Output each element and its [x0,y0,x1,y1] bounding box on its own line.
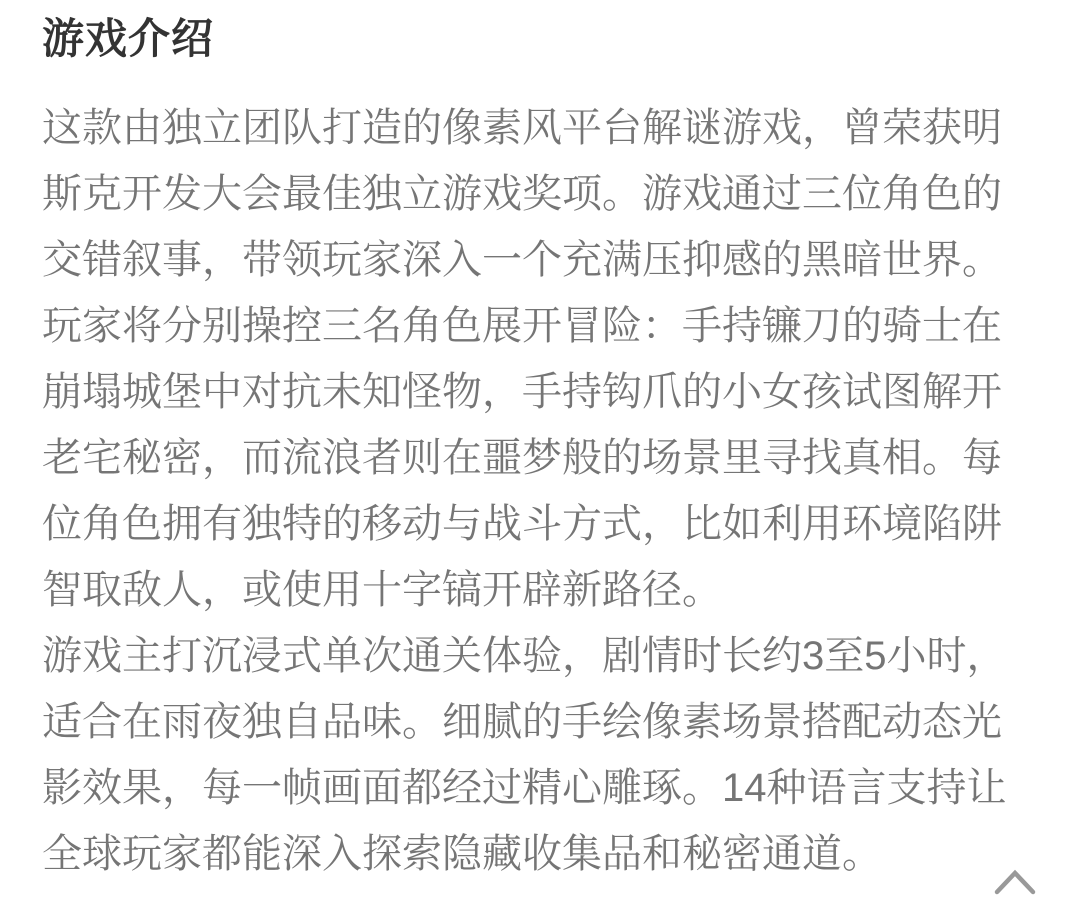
section-title: 游戏介绍 [42,14,1037,64]
game-intro-section: 游戏介绍 这款由独立团队打造的像素风平台解谜游戏，曾荣获明斯克开发大会最佳独立游… [0,14,1079,887]
collapse-button[interactable] [989,864,1041,900]
chevron-up-icon [993,868,1037,896]
gameplay-paragraph: 玩家将分别操控三名角色展开冒险：手持镰刀的骑士在崩塌城堡中对抗未知怪物，手持钩爪… [42,293,1037,623]
experience-paragraph: 游戏主打沉浸式单次通关体验，剧情时长约3至5小时，适合在雨夜独自品味。细腻的手绘… [42,623,1037,887]
intro-paragraph: 这款由独立团队打造的像素风平台解谜游戏，曾荣获明斯克开发大会最佳独立游戏奖项。游… [42,95,1037,293]
